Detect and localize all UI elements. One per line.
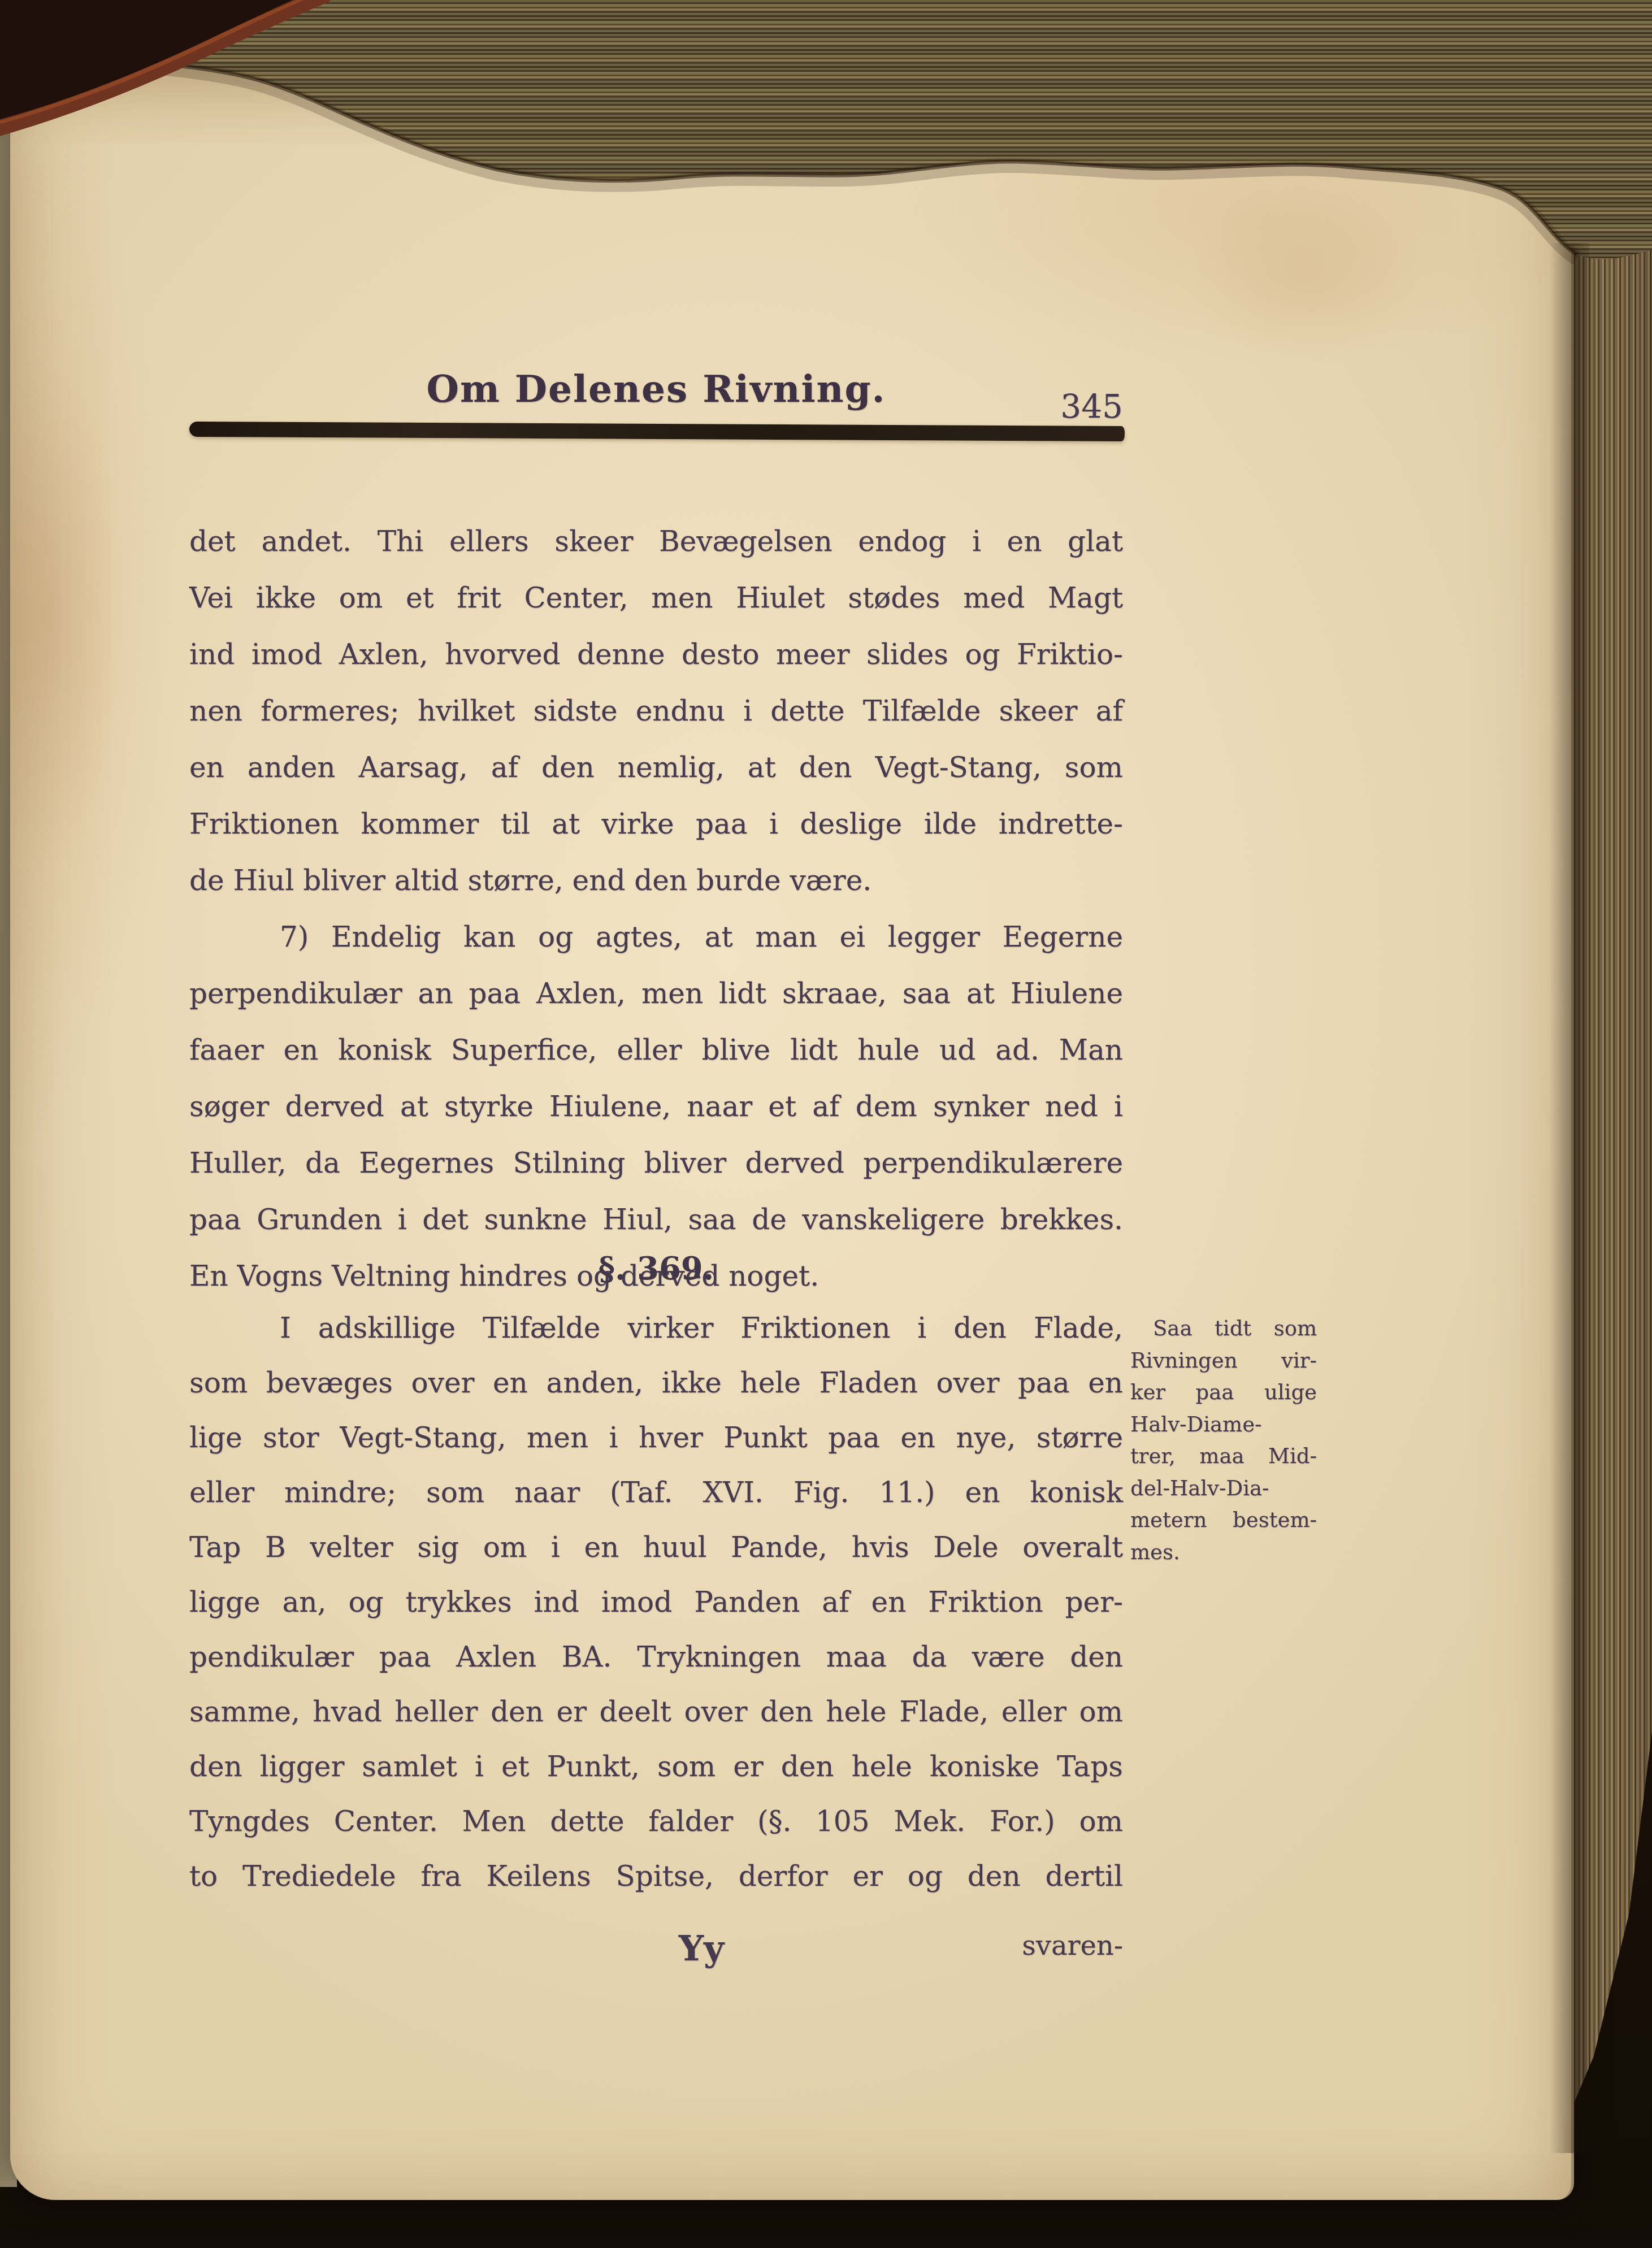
fore-edge-band: [0, 0, 1652, 259]
text-line: det andet. Thi ellers skeer Bevægelsen e…: [189, 513, 1123, 570]
text-line: Rivningen vir-: [1130, 1345, 1317, 1377]
text-line: perpendikulær an paa Axlen, men lidt skr…: [189, 965, 1123, 1022]
paragraph-3: I adskillige Tilfælde virker Friktionen …: [189, 1301, 1123, 1904]
text-line: ind imod Axlen, hvorved denne desto meer…: [189, 626, 1123, 683]
marginal-note: Saa tidt somRivningen vir-ker paa uligeH…: [1130, 1313, 1317, 1568]
text-line: 7) Endelig kan og agtes, at man ei legge…: [189, 909, 1123, 965]
running-title: Om Delenes Rivning.: [189, 346, 1123, 431]
text-line: Halv-Diame-: [1130, 1409, 1317, 1441]
text-line: nen formeres; hvilket sidste endnu i det…: [189, 683, 1123, 739]
page-stain: [0, 361, 123, 869]
text-line: lige stor Vegt-Stang, men i hver Punkt p…: [189, 1411, 1123, 1465]
text-line: en anden Aarsag, af den nemlig, at den V…: [189, 739, 1123, 796]
page-number: 345: [1060, 389, 1123, 423]
paragraph-1: det andet. Thi ellers skeer Bevægelsen e…: [189, 513, 1123, 909]
text-line: metern bestem-: [1130, 1504, 1317, 1537]
text-line: Tyngdes Center. Men dette falder (§. 105…: [189, 1794, 1123, 1849]
catchword: svaren-: [1022, 1917, 1123, 1974]
signature-mark: Yy: [679, 1928, 724, 1969]
text-line: den ligger samlet i et Punkt, som er den…: [189, 1739, 1123, 1794]
text-line: I adskillige Tilfælde virker Friktionen …: [189, 1301, 1123, 1356]
text-line: Tap B velter sig om i en huul Pande, hvi…: [189, 1520, 1123, 1575]
text-line: eller mindre; som naar (Taf. XVI. Fig. 1…: [189, 1465, 1123, 1520]
text-line: Vei ikke om et frit Center, men Hiulet s…: [189, 570, 1123, 626]
text-line: Huller, da Eegernes Stilning bliver derv…: [189, 1135, 1123, 1191]
text-line: Saa tidt som: [1130, 1313, 1317, 1345]
text-line: to Trediedele fra Keilens Spitse, derfor…: [189, 1849, 1123, 1904]
book-page: Om Delenes Rivning. 345 det andet. Thi e…: [10, 67, 1574, 2200]
text-line: samme, hvad heller den er deelt over den…: [189, 1685, 1123, 1739]
book-top-edge: [0, 0, 1652, 268]
page-header: Om Delenes Rivning. 345: [189, 346, 1123, 431]
text-line: søger derved at styrke Hiulene, naar et …: [189, 1078, 1123, 1135]
text-line: trer, maa Mid-: [1130, 1440, 1317, 1473]
text-line: Friktionen kommer til at virke paa i des…: [189, 796, 1123, 852]
book-photo-scene: Om Delenes Rivning. 345 det andet. Thi e…: [0, 0, 1652, 2248]
text-line: pendikulær paa Axlen BA. Trykningen maa …: [189, 1630, 1123, 1685]
signature-row: Yy svaren-: [189, 1917, 1123, 1980]
text-line: som bevæges over en anden, ikke hele Fla…: [189, 1356, 1123, 1411]
section-heading: §. 369.: [189, 1240, 1123, 1297]
text-line: paa Grunden i det sunkne Hiul, saa de va…: [189, 1191, 1123, 1248]
text-line: faaer en konisk Superfice, eller blive l…: [189, 1022, 1123, 1078]
text-line: mes.: [1130, 1537, 1317, 1569]
text-line: de Hiul bliver altid større, end den bur…: [189, 852, 1123, 909]
text-line: ker paa ulige: [1130, 1377, 1317, 1409]
text-line: ligge an, og trykkes ind imod Panden af …: [189, 1575, 1123, 1630]
text-line: del-Halv-Dia-: [1130, 1473, 1317, 1505]
